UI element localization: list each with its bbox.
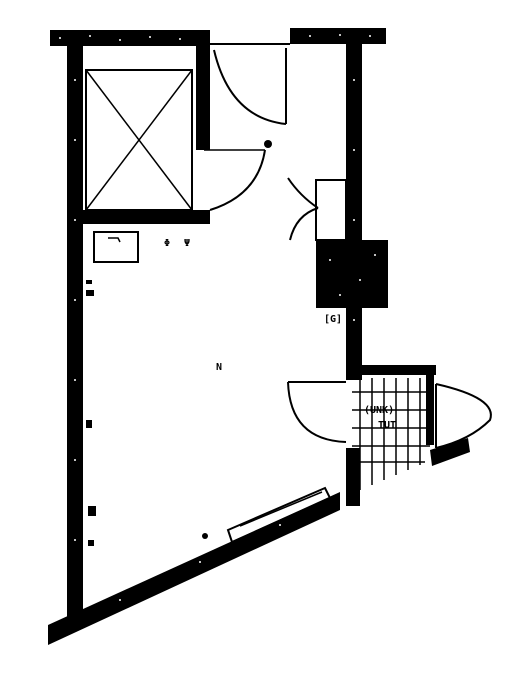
outlet-symbol-1: Φ bbox=[164, 238, 170, 249]
walls bbox=[48, 28, 470, 645]
balcony-grid bbox=[352, 378, 430, 490]
floor-plan: N (UNK) TUT [G] Φ Ψ bbox=[0, 0, 512, 700]
sink bbox=[94, 232, 138, 262]
electrical-marks bbox=[86, 140, 272, 546]
stair-shaft-tag: [G] bbox=[324, 314, 342, 325]
room-sublabel-balcony: TUT bbox=[378, 420, 396, 431]
shower-enclosure bbox=[86, 70, 192, 210]
outlet-symbol-2: Ψ bbox=[184, 238, 190, 249]
room-label-balcony: (UNK) bbox=[364, 405, 394, 416]
room-label-main: N bbox=[216, 362, 222, 373]
